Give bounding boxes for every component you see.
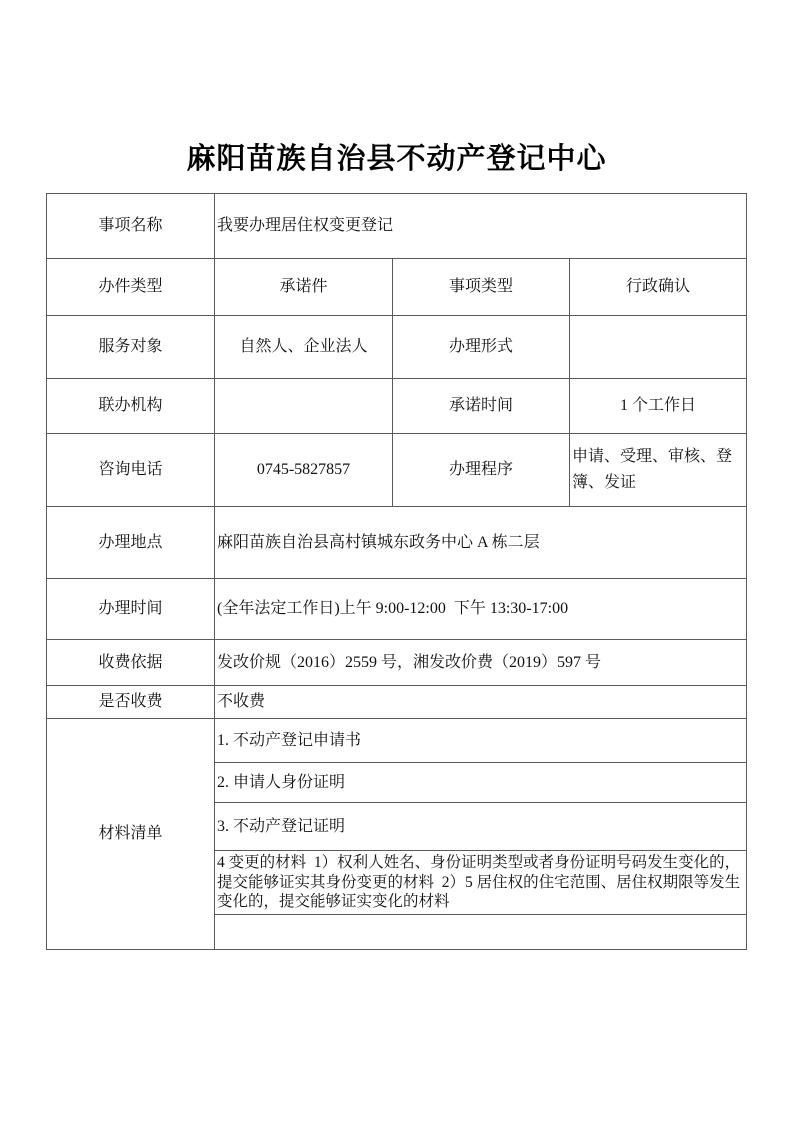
time-value: (全年法定工作日)上午 9:00-12:00 下午 13:30-17:00 [214,579,746,640]
materials-item-1: 1. 不动产登记申请书 [214,719,746,763]
promise-time-value: 1 个工作日 [569,379,746,434]
page-title: 麻阳苗族自治县不动产登记中心 [0,0,793,177]
type-label: 办件类型 [46,259,214,316]
row-fee: 是否收费 不收费 [46,686,746,719]
materials-item-5 [214,914,746,949]
materials-label: 材料清单 [46,719,214,950]
type-value: 承诺件 [214,259,392,316]
phone-label: 咨询电话 [46,434,214,507]
fee-basis-value: 发改价规（2016）2559 号，湘发改价费（2019）597 号 [214,640,746,686]
service-label: 服务对象 [46,316,214,379]
row-location: 办理地点 麻阳苗族自治县高村镇城东政务中心 A 栋二层 [46,507,746,579]
info-table: 事项名称 我要办理居住权变更登记 办件类型 承诺件 事项类型 行政确认 服务对象… [46,193,747,950]
row-type: 办件类型 承诺件 事项类型 行政确认 [46,259,746,316]
form-value [569,316,746,379]
item-name-value: 我要办理居住权变更登记 [214,194,746,259]
item-name-label: 事项名称 [46,194,214,259]
materials-item-2: 2. 申请人身份证明 [214,763,746,803]
row-service: 服务对象 自然人、企业法人 办理形式 [46,316,746,379]
time-label: 办理时间 [46,579,214,640]
materials-item-4: 4 变更的材料 1）权利人姓名、身份证明类型或者身份证明号码发生变化的，提交能够… [214,851,746,915]
service-value: 自然人、企业法人 [214,316,392,379]
procedure-label: 办理程序 [392,434,569,507]
location-value: 麻阳苗族自治县高村镇城东政务中心 A 栋二层 [214,507,746,579]
document-page: 麻阳苗族自治县不动产登记中心 事项名称 我要办理居住权变更登记 办件类型 承诺件… [0,0,793,1122]
row-item-name: 事项名称 我要办理居住权变更登记 [46,194,746,259]
materials-item-3: 3. 不动产登记证明 [214,803,746,851]
row-materials-1: 材料清单 1. 不动产登记申请书 [46,719,746,763]
category-value: 行政确认 [569,259,746,316]
row-fee-basis: 收费依据 发改价规（2016）2559 号，湘发改价费（2019）597 号 [46,640,746,686]
procedure-value: 申请、受理、审核、登簿、发证 [569,434,746,507]
row-phone: 咨询电话 0745-5827857 办理程序 申请、受理、审核、登簿、发证 [46,434,746,507]
location-label: 办理地点 [46,507,214,579]
fee-value: 不收费 [214,686,746,719]
fee-label: 是否收费 [46,686,214,719]
row-time: 办理时间 (全年法定工作日)上午 9:00-12:00 下午 13:30-17:… [46,579,746,640]
promise-time-label: 承诺时间 [392,379,569,434]
joint-value [214,379,392,434]
category-label: 事项类型 [392,259,569,316]
row-joint: 联办机构 承诺时间 1 个工作日 [46,379,746,434]
joint-label: 联办机构 [46,379,214,434]
phone-value: 0745-5827857 [214,434,392,507]
fee-basis-label: 收费依据 [46,640,214,686]
form-label: 办理形式 [392,316,569,379]
